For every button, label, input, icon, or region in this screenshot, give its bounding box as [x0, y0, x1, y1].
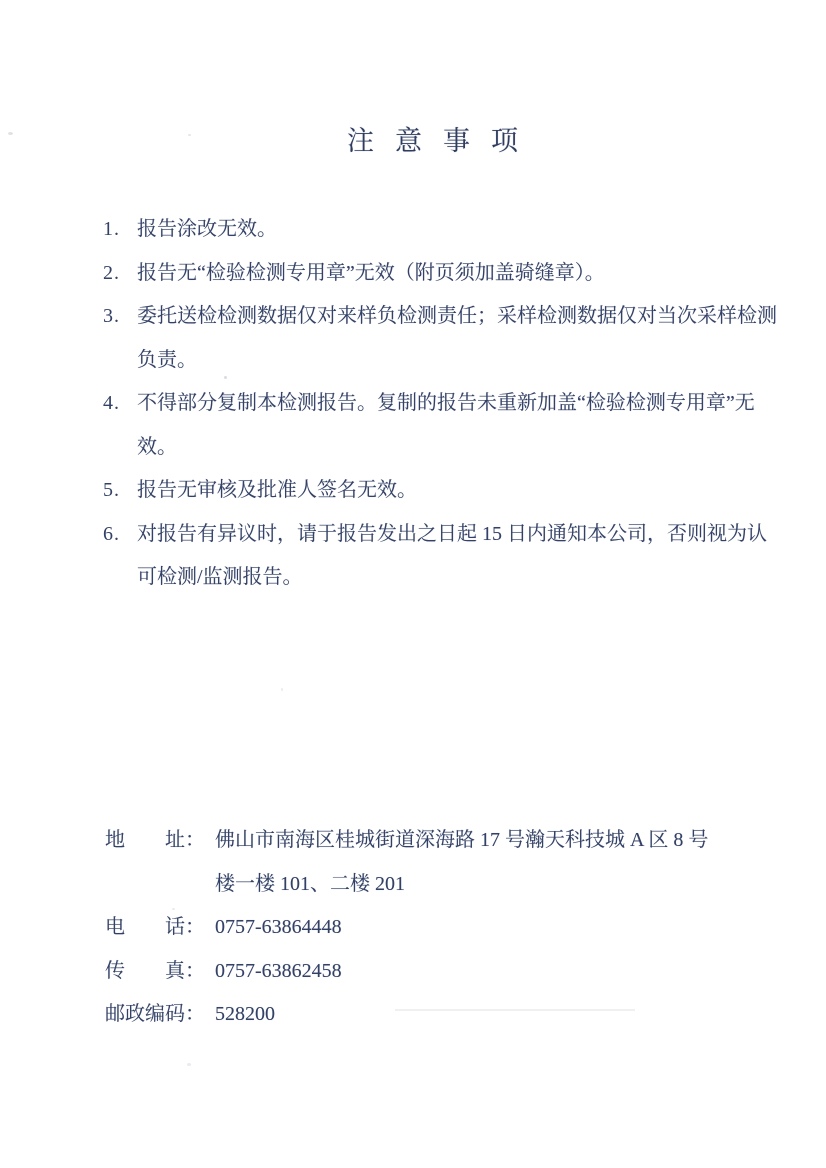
notice-item-6: 6. 对报告有异议时，请于报告发出之日起 15 日内通知本公司，否则视为认 可检…: [103, 513, 783, 600]
phone-label-rest: 话：: [165, 906, 205, 950]
notice-number: 3.: [103, 295, 120, 339]
notice-list: 1. 报告涂改无效。 2. 报告无“检验检测专用章”无效（附页须加盖骑缝章）。 …: [103, 208, 783, 600]
phone-label: 电 话：: [105, 906, 205, 950]
phone-value: 0757-63864448: [215, 906, 342, 950]
phone-row: 电 话： 0757-63864448: [105, 906, 785, 950]
scan-speck: [224, 376, 227, 379]
notice-number: 1.: [103, 208, 120, 252]
notice-number: 2.: [103, 252, 120, 296]
scan-speck: [187, 1063, 191, 1066]
scanned-notice-page: 注意事项 1. 报告涂改无效。 2. 报告无“检验检测专用章”无效（附页须加盖骑…: [0, 0, 826, 1168]
notice-item-5: 5. 报告无审核及批准人签名无效。: [103, 469, 783, 513]
notice-text: 负责。: [137, 339, 783, 383]
postal-label: 邮政编码：: [105, 993, 205, 1037]
notice-text: 可检测/监测报告。: [137, 556, 783, 600]
fax-value: 0757-63862458: [215, 950, 342, 994]
address-row: 地 址： 佛山市南海区桂城街道深海路 17 号瀚天科技城 A 区 8 号: [105, 819, 785, 863]
scan-speck: [172, 908, 175, 910]
notice-item-1: 1. 报告涂改无效。: [103, 208, 783, 252]
fax-row: 传 真： 0757-63862458: [105, 950, 785, 994]
notice-item-3: 3. 委托送检检测数据仅对来样负检测责任；采样检测数据仅对当次采样检测 负责。: [103, 295, 783, 382]
notice-text: 委托送检检测数据仅对来样负检测责任；采样检测数据仅对当次采样检测: [137, 295, 783, 339]
notice-text: 不得部分复制本检测报告。复制的报告未重新加盖“检验检测专用章”无: [137, 382, 783, 426]
phone-label-char: 电: [105, 906, 125, 950]
notice-number: 6.: [103, 513, 120, 557]
notice-number: 4.: [103, 382, 120, 426]
postal-value: 528200: [215, 993, 275, 1037]
address-value-line1: 佛山市南海区桂城街道深海路 17 号瀚天科技城 A 区 8 号: [215, 819, 708, 863]
contact-block: 地 址： 佛山市南海区桂城街道深海路 17 号瀚天科技城 A 区 8 号 楼一楼…: [105, 819, 785, 1037]
postal-row: 邮政编码： 528200: [105, 993, 785, 1037]
address-label-rest: 址：: [165, 819, 205, 863]
address-label: 地 址：: [105, 819, 205, 863]
fax-label-rest: 真：: [165, 950, 205, 994]
notice-text: 报告涂改无效。: [137, 208, 783, 252]
notice-item-4: 4. 不得部分复制本检测报告。复制的报告未重新加盖“检验检测专用章”无 效。: [103, 382, 783, 469]
scan-speck: [8, 132, 13, 135]
scan-speck: [281, 688, 283, 691]
scan-streak: [395, 1009, 635, 1011]
notice-item-2: 2. 报告无“检验检测专用章”无效（附页须加盖骑缝章）。: [103, 252, 783, 296]
page-title: 注意事项: [347, 119, 539, 158]
notice-number: 5.: [103, 469, 120, 513]
notice-text: 对报告有异议时，请于报告发出之日起 15 日内通知本公司，否则视为认: [137, 513, 783, 557]
scan-speck: [188, 134, 191, 136]
fax-label: 传 真：: [105, 950, 205, 994]
address-value-line2: 楼一楼 101、二楼 201: [105, 863, 785, 907]
notice-text: 报告无“检验检测专用章”无效（附页须加盖骑缝章）。: [137, 252, 783, 296]
fax-label-char: 传: [105, 950, 125, 994]
address-label-char: 地: [105, 819, 125, 863]
notice-text: 效。: [137, 426, 783, 470]
notice-text: 报告无审核及批准人签名无效。: [137, 469, 783, 513]
